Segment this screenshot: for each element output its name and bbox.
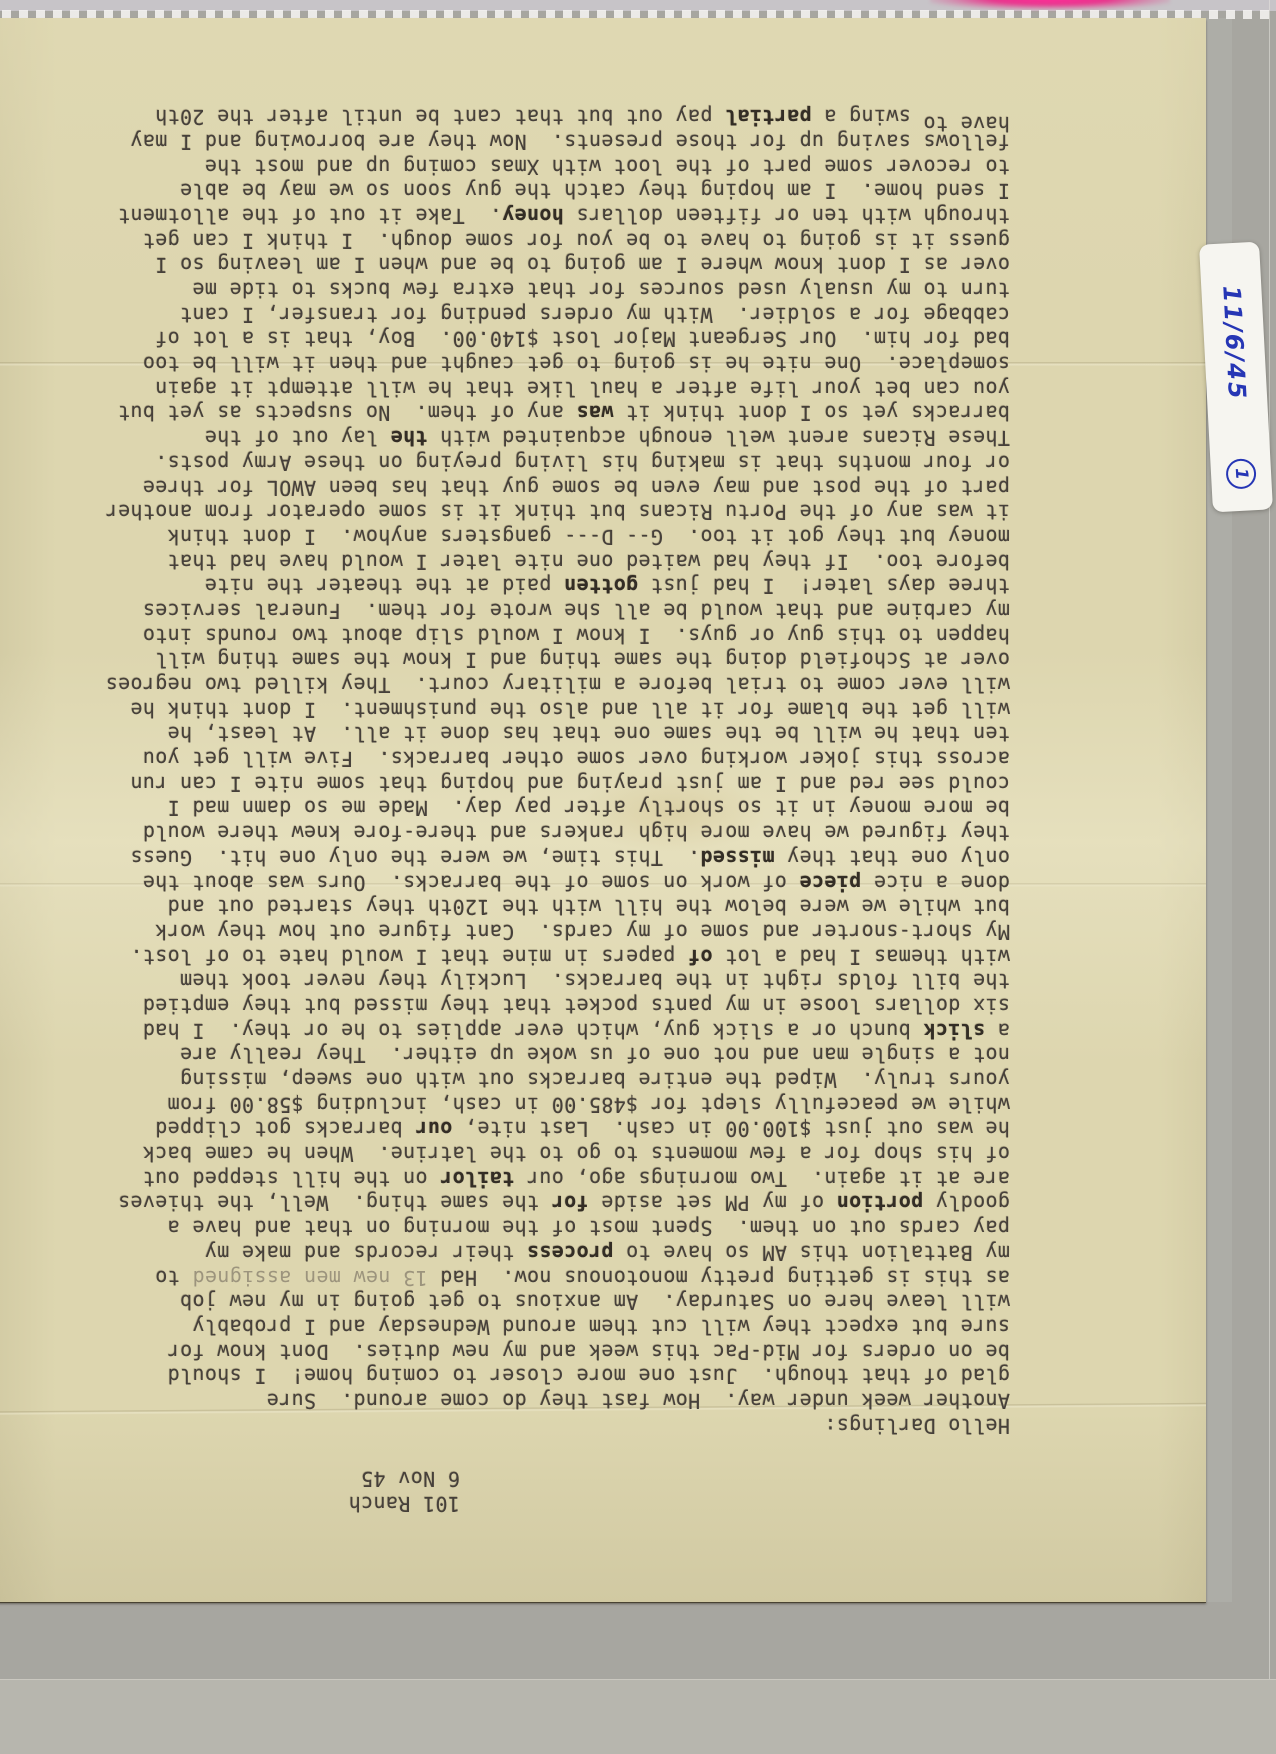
letter-line: sure but expect they will cut them aroun… bbox=[0, 1314, 1010, 1339]
letter-line: to recover some part of the loot with Xm… bbox=[0, 154, 1010, 179]
letter-line: it was any of the Portu Ricans but think… bbox=[0, 500, 1010, 525]
letter-line: my Battalion this AM so have to process … bbox=[0, 1240, 1010, 1265]
letter-line: will leave here on Saturday. Am anxious … bbox=[0, 1290, 1010, 1315]
letter-line: will get the blame for it all and also t… bbox=[0, 697, 1010, 722]
letter-content: 101 Ranch 6 Nov 45 Hello Darlings: Anoth… bbox=[0, 105, 1206, 1516]
letter-line: money but they got it too. G-- D--- gang… bbox=[0, 524, 1010, 549]
letterhead-place: 101 Ranch bbox=[0, 1491, 460, 1516]
letterhead-date: 6 Nov 45 bbox=[0, 1466, 460, 1491]
letter-line: over as I dont know where I am going to … bbox=[0, 253, 1010, 278]
letter-line: but while we were below the hill with th… bbox=[0, 895, 1010, 920]
scanner-bed-lower-band bbox=[0, 1679, 1276, 1754]
letter-line: my carbine and that would be all she wro… bbox=[0, 598, 1010, 623]
page-number-annotation: 1 bbox=[1225, 458, 1257, 490]
letter-page-upside-down: 101 Ranch 6 Nov 45 Hello Darlings: Anoth… bbox=[0, 18, 1206, 1602]
letter-line: he was out just $100.00 in cash. Last ni… bbox=[0, 1117, 1010, 1142]
letter-line: someplace. One nite he is going to get c… bbox=[0, 351, 1010, 376]
letter-line: I send home. I am hoping they catch the … bbox=[0, 179, 1010, 204]
letter-line: a slick bunch or a slick guy, which ever… bbox=[0, 1018, 1010, 1043]
letter-line: yours truly. Wiped the entire barracks o… bbox=[0, 1067, 1010, 1092]
letter-line: are at it again. Two mornings ago, our t… bbox=[0, 1166, 1010, 1191]
letter-line: fellows saving up for those presents. No… bbox=[0, 129, 1010, 154]
letter-body: Another week under way. How fast they do… bbox=[0, 105, 1010, 1413]
letter-line: with themas I had a lot of papers in min… bbox=[0, 944, 1010, 969]
letter-line: three days later! I had just gotten paid… bbox=[0, 574, 1010, 599]
letter-line: Another week under way. How fast they do… bbox=[0, 1388, 1010, 1413]
letter-line: part of the post and may even be some gu… bbox=[0, 475, 1010, 500]
letter-line: you can bet your life after a haul like … bbox=[0, 376, 1010, 401]
letter-line: glad of that though. Just one more close… bbox=[0, 1364, 1010, 1389]
salutation: Hello Darlings: bbox=[0, 1413, 1010, 1438]
letter-line: cabbage for a soldier. With my orders pe… bbox=[0, 302, 1010, 327]
letter-line: My short-snorter and some of my cards. C… bbox=[0, 919, 1010, 944]
letter-line: could see red and I am just praying and … bbox=[0, 771, 1010, 796]
letter-line: while we peacefully slept for $485.00 in… bbox=[0, 1092, 1010, 1117]
scanner-edge-line bbox=[1269, 0, 1270, 1679]
letter-line: done a nice piece of work on some of the… bbox=[0, 870, 1010, 895]
letter-line: turn to my usualy used sources for that … bbox=[0, 277, 1010, 302]
letter-line: across this joker working over some othe… bbox=[0, 746, 1010, 771]
letter-line: of his shop for a few moments to go to t… bbox=[0, 1141, 1010, 1166]
letter-line: guess it is going to have to be you for … bbox=[0, 228, 1010, 253]
letter-line: barracks yet so I dont think it was any … bbox=[0, 401, 1010, 426]
letter-line: will ever come to trial before a militar… bbox=[0, 672, 1010, 697]
archivist-slip: 11/6/45 1 bbox=[1199, 242, 1273, 513]
letter-line: pay cards out on them. Spent most of the… bbox=[0, 1216, 1010, 1241]
letter-line: bad for him. Our Sergeant Major lost $14… bbox=[0, 327, 1010, 352]
letter-line: over at Schofield doing the same thing a… bbox=[0, 648, 1010, 673]
letter-line: only one that they missed. This time, we… bbox=[0, 845, 1010, 870]
letter-line: or four months that is making his living… bbox=[0, 450, 1010, 475]
letter-line: six dollars loose in my pants pocket tha… bbox=[0, 993, 1010, 1018]
letterhead: 101 Ranch 6 Nov 45 bbox=[0, 1466, 460, 1516]
letter-line: be on orders for Mid-Pac this week and m… bbox=[0, 1339, 1010, 1364]
date-annotation: 11/6/45 bbox=[1217, 285, 1251, 401]
circled-page-number: 1 bbox=[1225, 458, 1257, 490]
letter-line: have to swing a partial pay out but that… bbox=[0, 105, 1010, 130]
letter-line: These Ricans arent well enough acquainte… bbox=[0, 426, 1010, 451]
letter-line: happen to this guy or guys. I know I wou… bbox=[0, 623, 1010, 648]
letter-line: as this is getting pretty monotonous now… bbox=[0, 1265, 1010, 1290]
letter-line: before too. If they had waited one nite … bbox=[0, 549, 1010, 574]
letter-line: ten that he will be the same one that ha… bbox=[0, 722, 1010, 747]
letter-line: they figured we have more high rankers a… bbox=[0, 821, 1010, 846]
letter-line: goodly portion of my PM set aside for th… bbox=[0, 1191, 1010, 1216]
scanner-light-leak bbox=[930, 0, 1170, 10]
letter-rotated-180: 101 Ranch 6 Nov 45 Hello Darlings: Anoth… bbox=[0, 18, 1206, 1602]
letter-line: the bill folds right in the barracks. Lu… bbox=[0, 969, 1010, 994]
letter-line: through with ten or fifteen dollars hone… bbox=[0, 203, 1010, 228]
letter-line: be more money in it so shortly after pay… bbox=[0, 796, 1010, 821]
letter-line: not a single man and not one of us woke … bbox=[0, 1043, 1010, 1068]
